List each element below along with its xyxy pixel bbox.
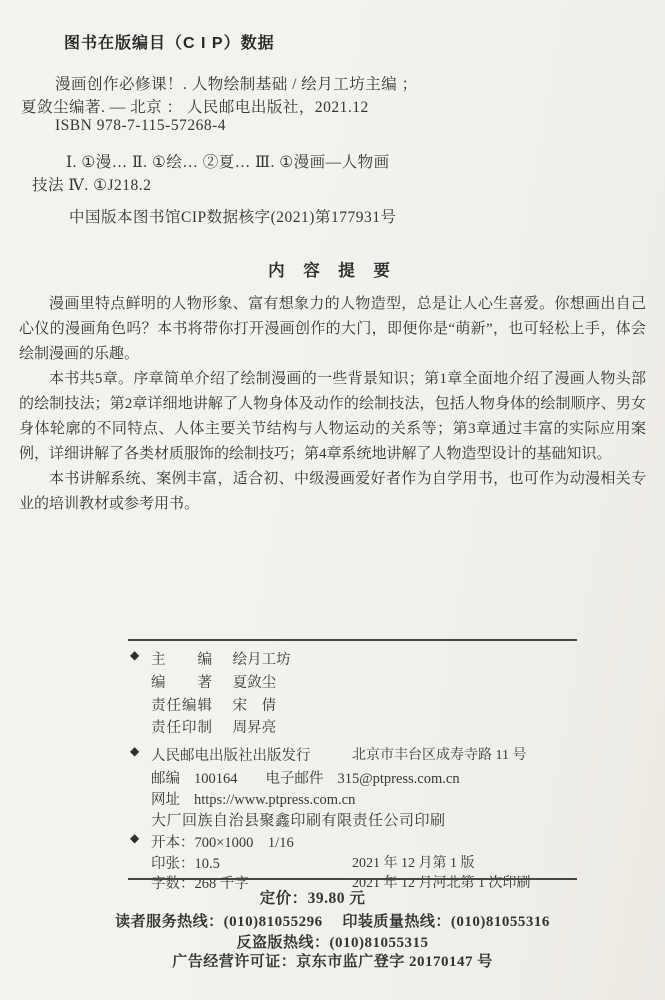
postcode-value: 100164 [194,771,238,787]
credit-role: 责任印制 [151,716,223,737]
summary-title: 内 容 提 要 [0,257,665,281]
printer-line: 大厂回族自治县聚鑫印刷有限责任公司印刷 [151,809,446,830]
credit-name: 绘月工坊 [233,652,291,668]
cip-registry-line: 中国版本图书馆CIP数据核字(2021)第177931号 [69,205,396,227]
email-value: 315@ptpress.com.cn [338,771,460,787]
email-label: 电子邮件 [266,771,324,787]
cip-classification-line-1: Ⅰ. ①漫… Ⅱ. ①绘… ②夏… Ⅲ. ①漫画—人物画 [66,150,390,172]
credit-row-chief-editor: 主 编 绘月工坊 [151,648,291,669]
website-value: https://www.ptpress.com.cn [194,792,355,808]
credit-row-responsible-editor: 责任编辑 宋 倩 [151,694,276,715]
price-line: 定价：39.80 元 [0,886,625,908]
cip-classification-line-2: 技法 Ⅳ. ①J218.2 [32,173,151,195]
divider-rule-top [128,639,577,641]
website-label: 网址 [151,792,180,808]
credit-name: 夏敛尘 [233,675,277,691]
publisher-name: 人民邮电出版社出版发行 [151,744,311,765]
diamond-bullet-publisher: ◆ [130,744,139,759]
anti-piracy-hotline-line: 反盗版热线：(010)81055315 [0,931,665,952]
ad-license-line: 广告经营许可证：京东市监广登字 20170147 号 [0,950,665,971]
summary-paragraph-3: 本书讲解系统、案例丰富，适合初、中级漫画爱好者作为自学用书，也可作为动漫相关专业… [19,467,646,517]
copyright-page: 图书在版编目（C I P）数据 漫画创作必修课！. 人物绘制基础 / 绘月工坊主… [0,0,665,1000]
postcode-label: 邮编 [151,771,180,787]
format-size-line: 开本：700×1000 1/16 [151,831,294,852]
credit-row-print-supervisor: 责任印制 周昇亮 [151,716,276,737]
credit-role: 编 著 [151,671,223,692]
publisher-contact-line: 邮编100164电子邮件315@ptpress.com.cn [151,767,460,788]
summary-body: 漫画里特点鲜明的人物形象、富有想象力的人物造型，总是让人心生喜爱。你想画出自己心… [19,292,646,517]
price-text: 定价：39.80 元 [260,890,366,907]
cip-title-line-2: 夏敛尘编著. — 北京 ： 人民邮电出版社，2021.12 [21,95,369,117]
credit-name: 宋 倩 [233,698,277,714]
diamond-bullet-credits: ◆ [130,648,139,663]
divider-rule-bottom [128,878,577,880]
credit-name: 周昇亮 [233,720,277,736]
sheets-line: 印张：10.5 [151,852,220,873]
cip-header: 图书在版编目（C I P）数据 [64,30,275,53]
reader-service-hotline-line: 读者服务热线：(010)81055296 印装质量热线：(010)8105531… [0,910,665,931]
publisher-website-line: 网址https://www.ptpress.com.cn [151,788,355,809]
edition-line: 2021 年 12 月第 1 版 [352,852,475,872]
credit-role: 主 编 [151,648,223,669]
credit-role: 责任编辑 [151,694,223,715]
isbn-line: ISBN 978-7-115-57268-4 [55,117,226,135]
publisher-address: 北京市丰台区成寿寺路 11 号 [352,744,526,764]
summary-paragraph-2: 本书共5章。序章简单介绍了绘制漫画的一些背景知识；第1章全面地介绍了漫画人物头部… [19,367,646,467]
diamond-bullet-format: ◆ [130,831,139,846]
summary-paragraph-1: 漫画里特点鲜明的人物形象、富有想象力的人物造型，总是让人心生喜爱。你想画出自己心… [19,292,646,367]
credit-row-author: 编 著 夏敛尘 [151,671,276,692]
cip-title-line-1: 漫画创作必修课！. 人物绘制基础 / 绘月工坊主编 ； [55,72,418,94]
